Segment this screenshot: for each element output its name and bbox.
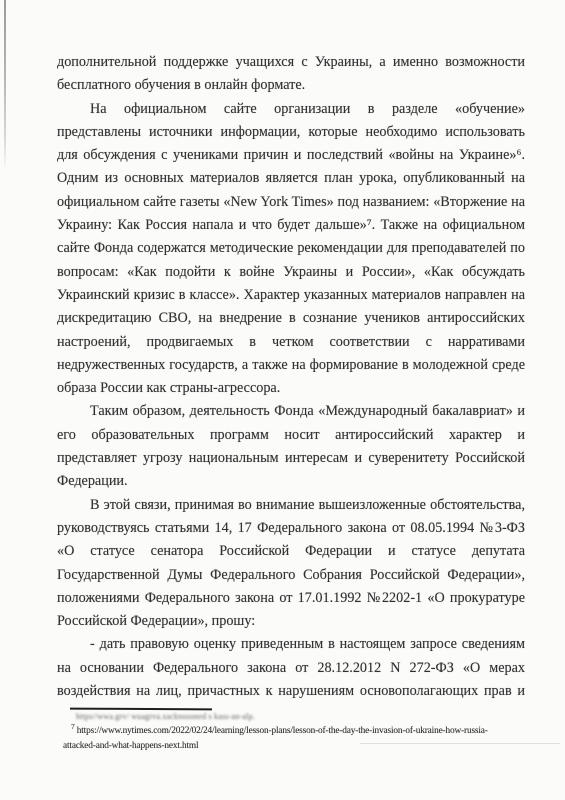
text-line: На официальном сайте организации в разде… <box>57 98 525 121</box>
paragraph-3: Таким образом, деятельность Фонда «Между… <box>57 400 525 493</box>
paragraph-5: - дать правовую оценку приведенным в нас… <box>57 633 525 703</box>
text-line: дискредитацию СВО, на внедрение в сознан… <box>57 307 525 330</box>
text-line: дополнительной поддержке учащихся с Укра… <box>57 51 525 74</box>
footnote-separator-line <box>70 708 212 711</box>
text-line: «О статусе сенатора Российской Федерации… <box>57 540 525 563</box>
text-line: представляет угрозу национальным интерес… <box>57 447 525 470</box>
text-line: Российской Федерации», прошу: <box>57 610 525 633</box>
footnote-7-url-part1: https://www.nytimes.com/2022/02/24/learn… <box>77 726 488 736</box>
text-line: настроений, продвигаемых в четком соотве… <box>57 331 525 354</box>
text-line: на основании Федерального закона от 28.1… <box>57 657 525 680</box>
footnote-7-url-part2: attacked-and-what-happens-next.html <box>63 739 535 754</box>
text-line: образа России как страны-агрессора. <box>57 377 525 400</box>
scan-edge-artifact <box>4 0 6 172</box>
text-line: - дать правовую оценку приведенным в нас… <box>57 633 525 656</box>
text-line: Украину: Как Россия напала и что будет д… <box>57 214 525 237</box>
paragraph-1: дополнительной поддержке учащихся с Укра… <box>57 51 525 98</box>
text-line: вопросам: «Как подойти к войне Украины и… <box>57 261 525 284</box>
text-line: Государственной Думы Федерального Собран… <box>57 564 525 587</box>
paragraph-4: В этой связи, принимая во внимание вышеи… <box>57 494 525 634</box>
document-body: дополнительной поддержке учащихся с Укра… <box>57 51 525 703</box>
text-line: Одним из основных материалов является пл… <box>57 167 525 190</box>
text-line: Федерации. <box>57 470 525 493</box>
text-line: сайте Фонда содержатся методические реко… <box>57 237 525 260</box>
text-line: для обсуждения с учениками причин и посл… <box>57 144 525 167</box>
text-line: недружественных государств, а также на ф… <box>57 354 525 377</box>
footnote-7-marker: 7 <box>71 719 75 734</box>
text-line: воздействия на лиц, причастных к нарушен… <box>57 680 525 703</box>
text-line: В этой связи, принимая во внимание вышеи… <box>57 494 525 517</box>
text-line: представлены источники информации, котор… <box>57 121 525 144</box>
text-line: бесплатного обучения в онлайн формате. <box>57 74 525 97</box>
footnote-7: 7https://www.nytimes.com/2022/02/24/lear… <box>63 719 535 754</box>
footnote-7-line1: 7https://www.nytimes.com/2022/02/24/lear… <box>63 719 535 739</box>
text-line: официальном сайте газеты «New York Times… <box>57 191 525 214</box>
text-line: руководствуясь статьями 14, 17 Федеральн… <box>57 517 525 540</box>
text-line: Украинский кризис в классе». Характер ук… <box>57 284 525 307</box>
paragraph-2: На официальном сайте организации в разде… <box>57 98 525 401</box>
text-line: положениями Федерального закона от 17.01… <box>57 587 525 610</box>
text-line: Таким образом, деятельность Фонда «Между… <box>57 400 525 423</box>
text-line: его образовательных программ носит антир… <box>57 424 525 447</box>
